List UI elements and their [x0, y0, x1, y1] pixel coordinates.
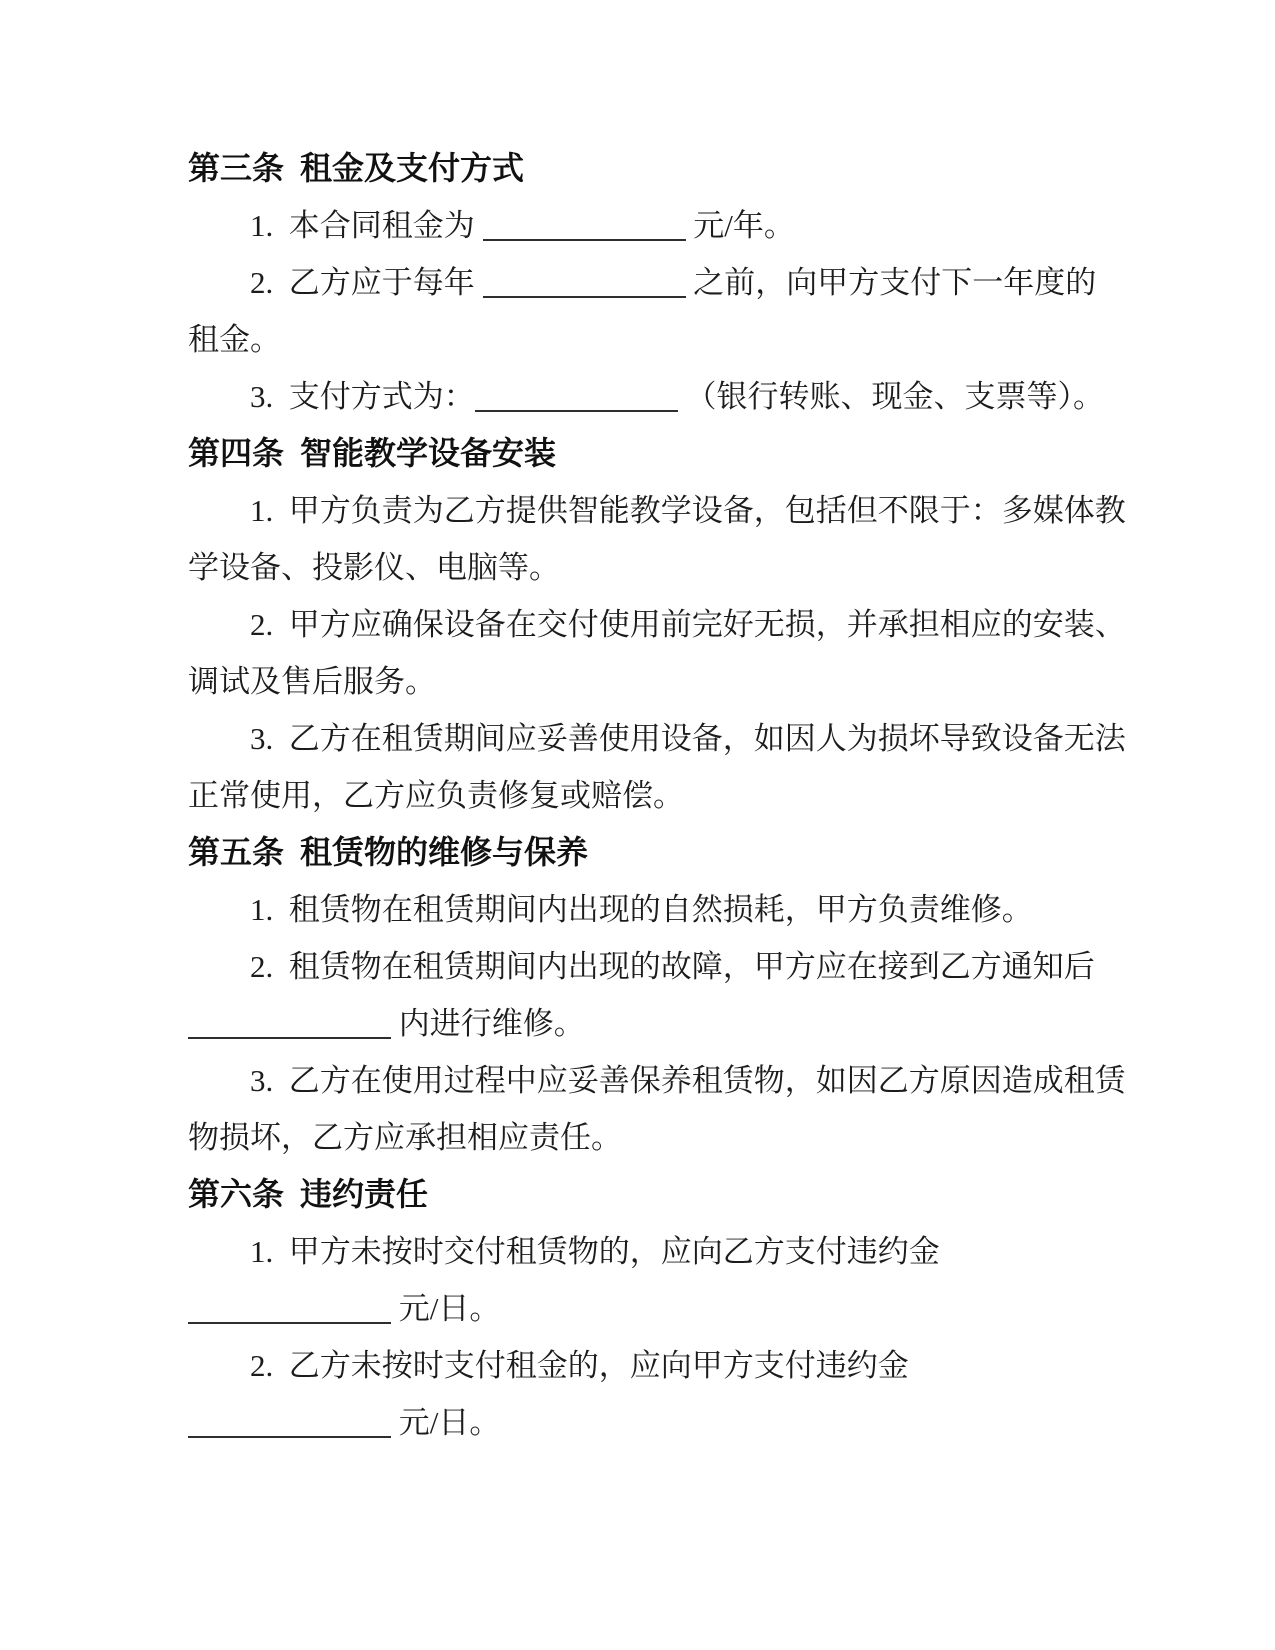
text-line: 内进行维修。	[188, 995, 1148, 1052]
text-line: 2. 乙方未按时支付租金的，应向甲方支付违约金	[188, 1337, 1148, 1394]
text-run: 正常使用，乙方应负责修复或赔偿。	[188, 778, 684, 813]
text-run: 1. 本合同租金为	[250, 208, 483, 243]
text-line: 3. 支付方式为： （银行转账、现金、支票等）。	[188, 368, 1148, 425]
text-run: 之前，向甲方支付下一年度的	[686, 265, 1097, 300]
article-heading: 第五条 租赁物的维修与保养	[188, 824, 1148, 881]
text-run: 3. 支付方式为：	[250, 379, 475, 414]
text-line: 3. 乙方在使用过程中应妥善保养租赁物，如因乙方原因造成租赁	[188, 1052, 1148, 1109]
document-body: 第三条 租金及支付方式1. 本合同租金为 元/年。2. 乙方应于每年 之前，向甲…	[188, 140, 1148, 1451]
text-line: 物损坏，乙方应承担相应责任。	[188, 1109, 1148, 1166]
text-line: 1. 租赁物在租赁期间内出现的自然损耗，甲方负责维修。	[188, 881, 1148, 938]
article-heading: 第四条 智能教学设备安装	[188, 425, 1148, 482]
text-run: 学设备、投影仪、电脑等。	[188, 550, 560, 585]
text-line: 学设备、投影仪、电脑等。	[188, 539, 1148, 596]
text-run: 1. 甲方负责为乙方提供智能教学设备，包括但不限于：多媒体教	[250, 493, 1126, 528]
text-line: 1. 甲方未按时交付租赁物的，应向乙方支付违约金	[188, 1223, 1148, 1280]
text-run: 物损坏，乙方应承担相应责任。	[188, 1120, 622, 1155]
fill-in-blank	[188, 1007, 391, 1039]
text-run: 2. 乙方应于每年	[250, 265, 483, 300]
fill-in-blank	[188, 1292, 391, 1324]
text-run: 调试及售后服务。	[188, 664, 436, 699]
text-line: 3. 乙方在租赁期间应妥善使用设备，如因人为损坏导致设备无法	[188, 710, 1148, 767]
text-run: 第四条 智能教学设备安装	[188, 435, 556, 471]
text-run: 第六条 违约责任	[188, 1176, 428, 1212]
text-line: 1. 本合同租金为 元/年。	[188, 197, 1148, 254]
text-run: 元/日。	[391, 1405, 500, 1440]
text-line: 调试及售后服务。	[188, 653, 1148, 710]
text-line: 租金。	[188, 311, 1148, 368]
text-run: （银行转账、现金、支票等）。	[678, 379, 1104, 414]
text-run: 元/年。	[686, 208, 795, 243]
text-run: 2. 租赁物在租赁期间内出现的故障，甲方应在接到乙方通知后	[250, 949, 1095, 984]
text-run: 租金。	[188, 322, 281, 357]
text-run: 内进行维修。	[391, 1006, 585, 1041]
text-run: 3. 乙方在使用过程中应妥善保养租赁物，如因乙方原因造成租赁	[250, 1063, 1126, 1098]
text-line: 1. 甲方负责为乙方提供智能教学设备，包括但不限于：多媒体教	[188, 482, 1148, 539]
text-run: 第三条 租金及支付方式	[188, 150, 524, 186]
article-heading: 第三条 租金及支付方式	[188, 140, 1148, 197]
text-run: 元/日。	[391, 1291, 500, 1326]
text-run: 1. 甲方未按时交付租赁物的，应向乙方支付违约金	[250, 1234, 940, 1269]
contract-page: 第三条 租金及支付方式1. 本合同租金为 元/年。2. 乙方应于每年 之前，向甲…	[0, 0, 1275, 1650]
article-heading: 第六条 违约责任	[188, 1166, 1148, 1223]
text-line: 元/日。	[188, 1280, 1148, 1337]
fill-in-blank	[188, 1406, 391, 1438]
text-line: 2. 乙方应于每年 之前，向甲方支付下一年度的	[188, 254, 1148, 311]
text-line: 2. 甲方应确保设备在交付使用前完好无损，并承担相应的安装、	[188, 596, 1148, 653]
text-run: 1. 租赁物在租赁期间内出现的自然损耗，甲方负责维修。	[250, 892, 1033, 927]
fill-in-blank	[483, 266, 686, 298]
fill-in-blank	[475, 380, 678, 412]
text-run: 2. 甲方应确保设备在交付使用前完好无损，并承担相应的安装、	[250, 607, 1126, 642]
text-run: 2. 乙方未按时支付租金的，应向甲方支付违约金	[250, 1348, 909, 1383]
text-line: 2. 租赁物在租赁期间内出现的故障，甲方应在接到乙方通知后	[188, 938, 1148, 995]
fill-in-blank	[483, 209, 686, 241]
text-line: 正常使用，乙方应负责修复或赔偿。	[188, 767, 1148, 824]
text-run: 第五条 租赁物的维修与保养	[188, 834, 588, 870]
text-line: 元/日。	[188, 1394, 1148, 1451]
text-run: 3. 乙方在租赁期间应妥善使用设备，如因人为损坏导致设备无法	[250, 721, 1126, 756]
